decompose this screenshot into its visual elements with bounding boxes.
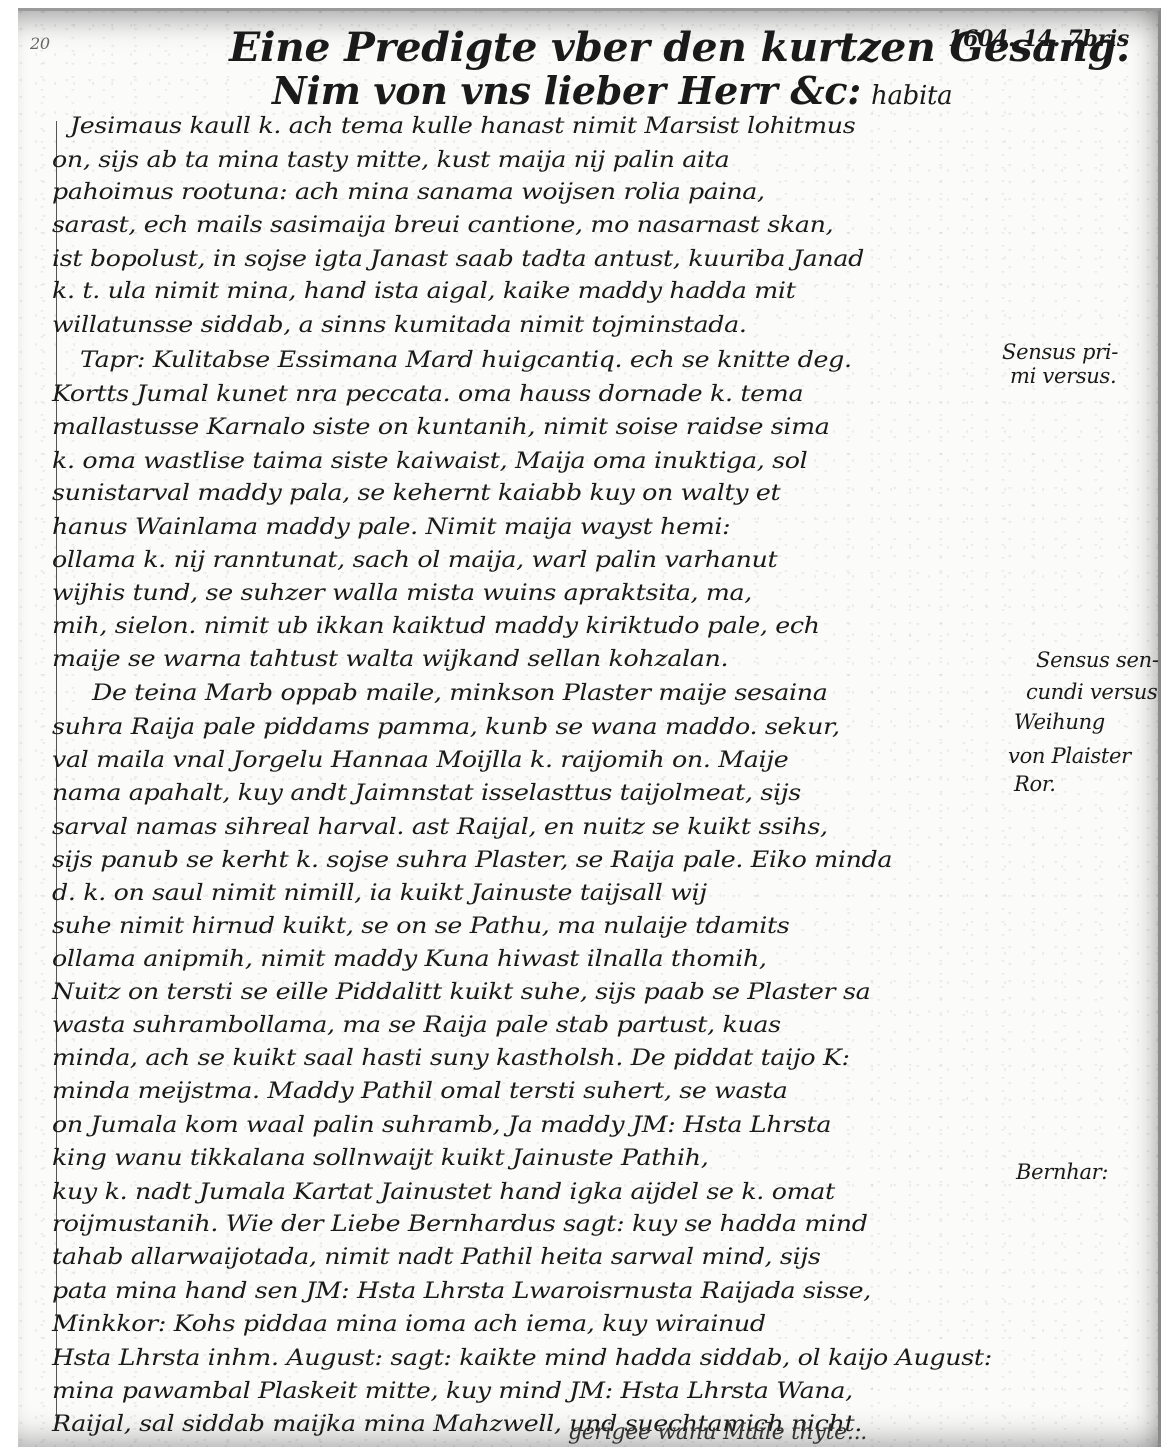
manuscript-line: pahoimus rootuna: ach mina sanama woijse… bbox=[52, 180, 765, 205]
catchword: gerigee wanu Maile thyte... bbox=[568, 1420, 867, 1445]
margin-note: mi versus. bbox=[1010, 364, 1116, 388]
manuscript-line: nama apahalt, kuy andt Jaimnstat isselas… bbox=[52, 781, 801, 806]
margin-note: Bernhar: bbox=[1016, 1160, 1108, 1184]
manuscript-line: on, sijs ab ta mina tasty mitte, kust ma… bbox=[52, 148, 729, 173]
manuscript-line: Kortts Jumal kunet nra peccata. oma haus… bbox=[52, 382, 803, 407]
manuscript-line: hanus Wainlama maddy pale. Nimit maija w… bbox=[52, 515, 730, 540]
manuscript-line: val maila vnal Jorgelu Hannaa Moijlla k.… bbox=[52, 748, 788, 773]
manuscript-line: ollama anipmih, nimit maddy Kuna hiwast … bbox=[52, 947, 767, 972]
manuscript-line: Hsta Lhrsta inhm. August: sagt: kaikte m… bbox=[52, 1346, 992, 1371]
margin-note: Weihung bbox=[1014, 710, 1105, 734]
margin-note: Ror. bbox=[1014, 772, 1056, 796]
manuscript-line: minda, ach se kuikt saal hasti suny kast… bbox=[52, 1046, 850, 1071]
manuscript-line: pata mina hand sen JM: Hsta Lhrsta Lwaro… bbox=[52, 1279, 871, 1304]
margin-note: von Plaister bbox=[1008, 744, 1131, 768]
manuscript-line: ist bopolust, in sojse igta Janast saab … bbox=[52, 247, 864, 272]
manuscript-line: Minkkor: Kohs piddaa mina ioma ach iema,… bbox=[52, 1312, 766, 1337]
manuscript-line: Nuitz on tersti se eille Piddalitt kuikt… bbox=[52, 980, 870, 1005]
manuscript-line: d. k. on saul nimit nimill, ia kuikt Jai… bbox=[52, 881, 707, 906]
manuscript-line: De teina Marb oppab maile, minkson Plast… bbox=[92, 681, 827, 706]
manuscript-line: mih, sielon. nimit ub ikkan kaiktud madd… bbox=[52, 614, 820, 639]
manuscript-line: sarast, ech mails sasimaija breui cantio… bbox=[52, 213, 833, 238]
manuscript-line: ollama k. nij ranntunat, sach ol maija, … bbox=[52, 548, 777, 573]
manuscript-line: suhra Raija pale piddams pamma, kunb se … bbox=[52, 715, 840, 740]
manuscript-line: sarval namas sihreal harval. ast Raijal,… bbox=[52, 815, 828, 840]
manuscript-line: on Jumala kom waal palin suhramb, Ja mad… bbox=[52, 1113, 831, 1138]
manuscript-line: mallastusse Karnalo siste on kuntanih, n… bbox=[52, 415, 830, 440]
manuscript-line: suhe nimit hirnud kuikt, se on se Pathu,… bbox=[52, 914, 789, 939]
manuscript-line: k. oma wastlise taima siste kaiwaist, Ma… bbox=[52, 449, 807, 474]
manuscript-line: maije se warna tahtust walta wijkand sel… bbox=[52, 647, 728, 672]
heading-habita: habita bbox=[871, 81, 952, 111]
manuscript-line: wijhis tund, se suhzer walla mista wuins… bbox=[52, 581, 752, 606]
date-annotation: 1604. 14. 7bris bbox=[948, 26, 1129, 52]
margin-note: cundi versus bbox=[1026, 680, 1157, 704]
manuscript-line: Jesimaus kaull k. ach tema kulle hanast … bbox=[70, 114, 855, 139]
manuscript-line: roijmustanih. Wie der Liebe Bernhardus s… bbox=[52, 1212, 868, 1237]
manuscript-line: sunistarval maddy pala, se kehernt kaiab… bbox=[52, 481, 780, 506]
manuscript-line: Tapr: Kulitabse Essimana Mard huigcantiq… bbox=[80, 348, 852, 373]
manuscript-line: mina pawambal Plaskeit mitte, kuy mind J… bbox=[52, 1379, 853, 1404]
manuscript-line: wasta suhrambollama, ma se Raija pale st… bbox=[52, 1013, 781, 1038]
margin-note: Sensus pri- bbox=[1002, 340, 1118, 364]
folio-number: 20 bbox=[30, 34, 50, 53]
manuscript-line: kuy k. nadt Jumala Kartat Jainustet hand… bbox=[52, 1180, 835, 1205]
manuscript-line: king wanu tikkalana sollnwaijt kuikt Jai… bbox=[52, 1146, 708, 1171]
heading-line-2-text: Nim von vns lieber Herr &c: bbox=[272, 68, 861, 113]
heading-line-2: Nim von vns lieber Herr &c:habita bbox=[272, 68, 952, 113]
manuscript-line: willatunsse siddab, a sinns kumitada nim… bbox=[52, 313, 747, 338]
manuscript-line: tahab allarwaijotada, nimit nadt Pathil … bbox=[52, 1245, 820, 1270]
manuscript-line: minda meijstma. Maddy Pathil omal tersti… bbox=[52, 1079, 787, 1104]
margin-note: Sensus sen- bbox=[1036, 648, 1159, 672]
manuscript-line: k. t. ula nimit mina, hand ista aigal, k… bbox=[52, 279, 795, 304]
manuscript-line: sijs panub se kerht k. sojse suhra Plast… bbox=[52, 848, 892, 873]
